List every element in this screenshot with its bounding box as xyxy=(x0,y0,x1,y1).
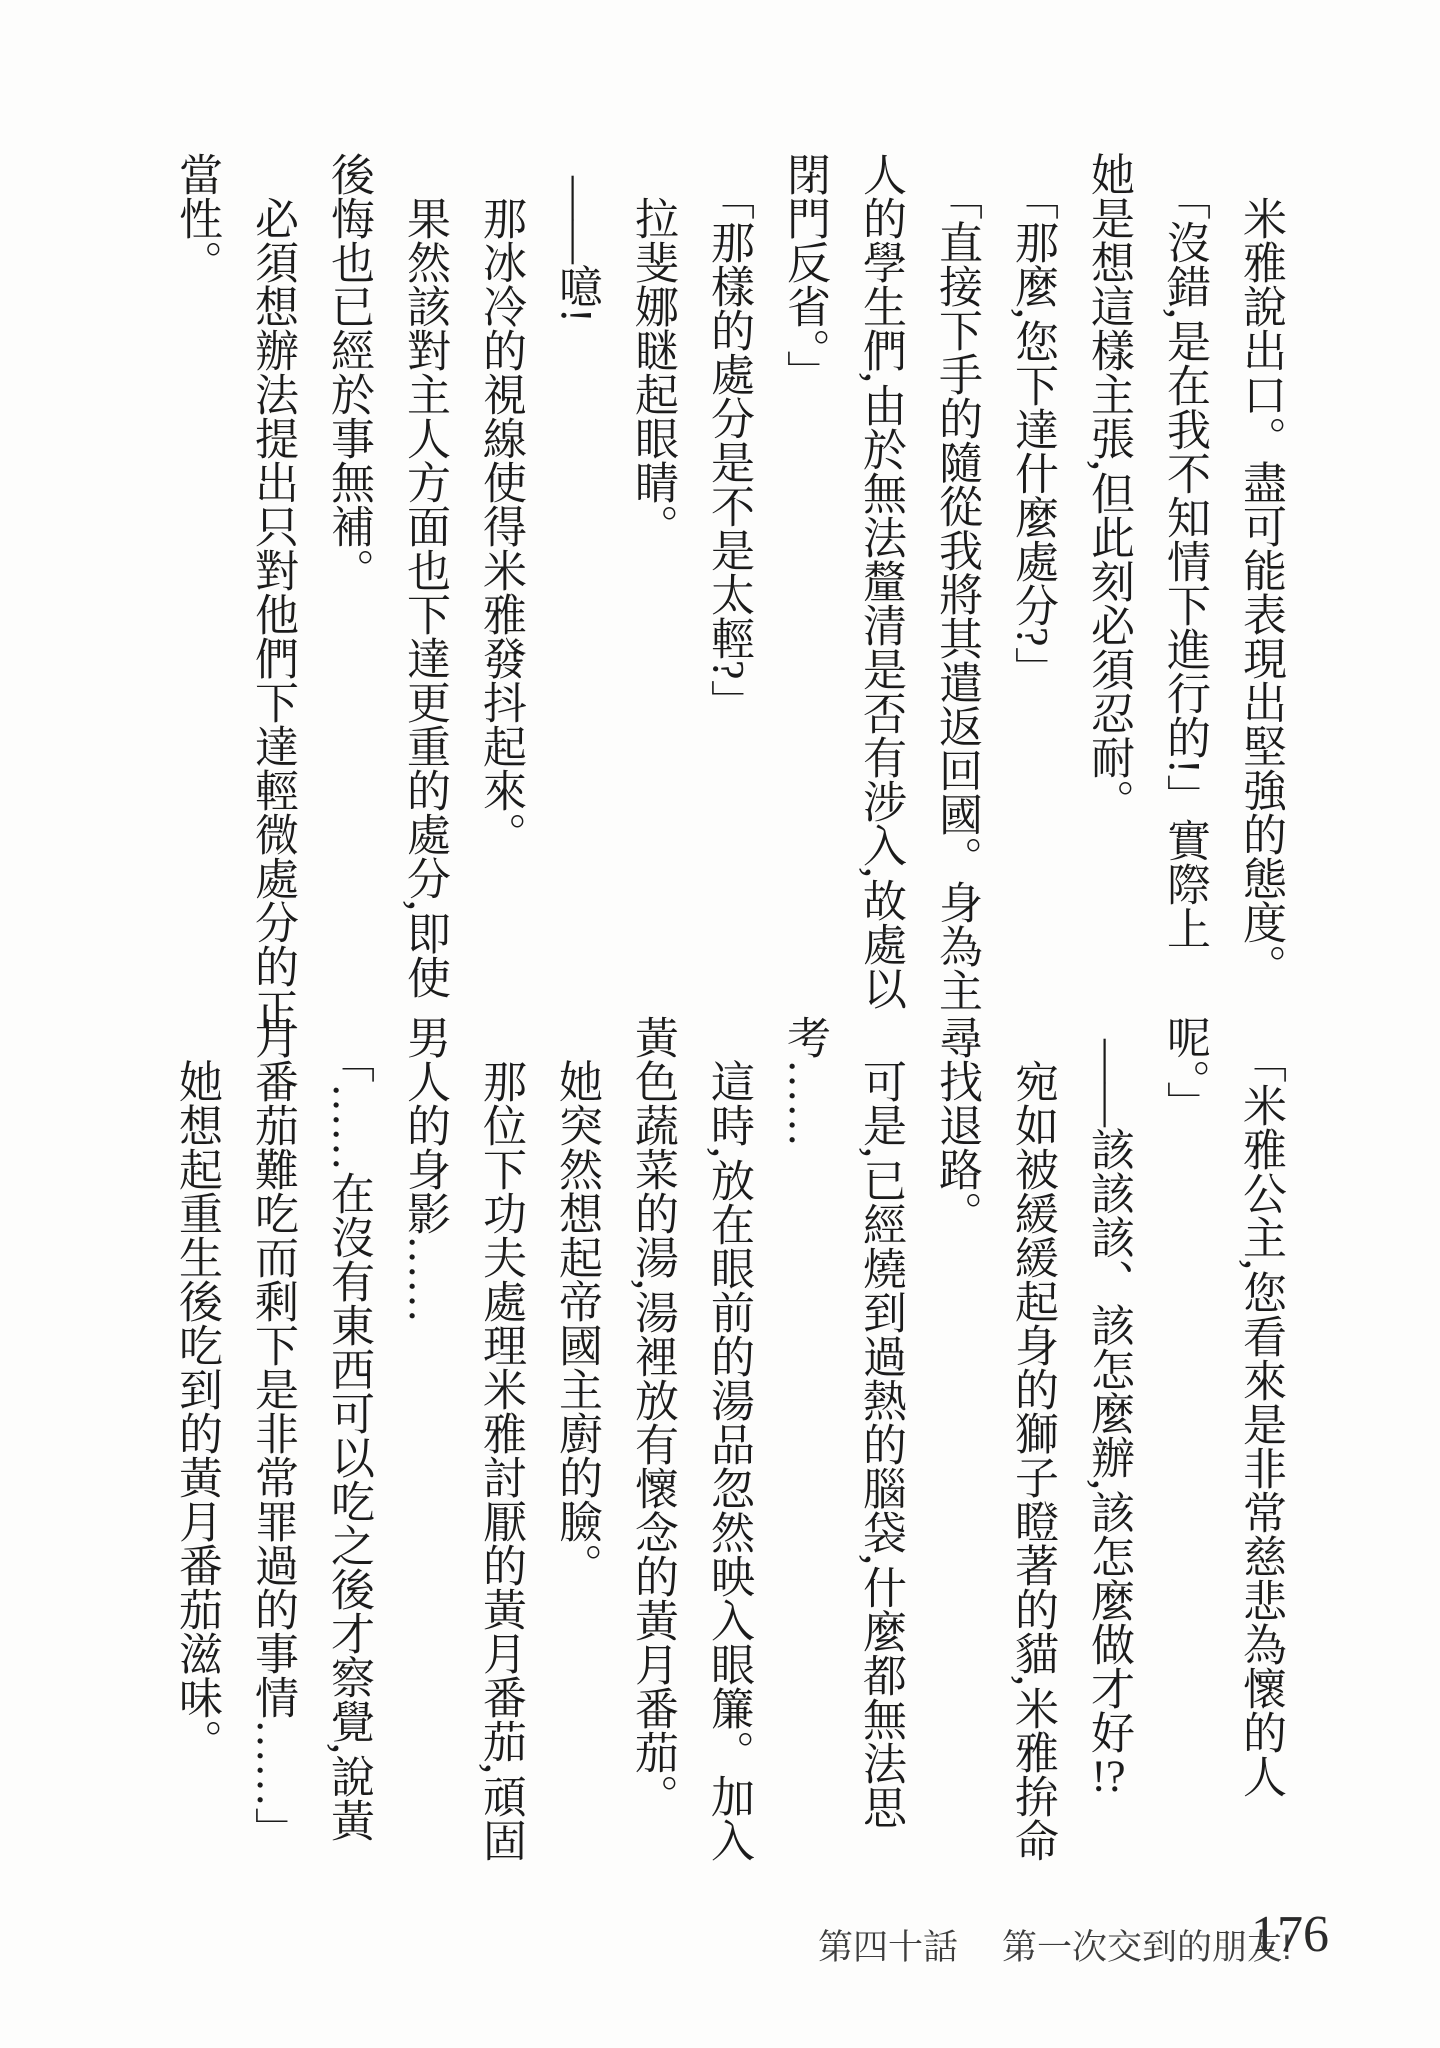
book-page: 米雅說出口。盡可能表現出堅強的態度。「沒錯,是在我不知情下進行的!」實際上她是想… xyxy=(0,0,1440,2048)
text-column: 她想起重生後吃到的黃月番茄滋味。 xyxy=(158,1015,234,1915)
text-column: 米雅說出口。盡可能表現出堅強的態度。 xyxy=(1222,152,1298,1052)
text-column: 尋找退路。 xyxy=(918,1015,994,1915)
text-block-bottom: 「米雅公主,您看來是非常慈悲為懷的人呢。」——該該該、該怎麼辦,該怎麼做才好!?… xyxy=(158,1015,1298,1915)
text-column: 她突然想起帝國主廚的臉。 xyxy=(538,1015,614,1915)
text-column: 她是想這樣主張,但此刻必須忍耐。 xyxy=(1070,152,1146,1052)
text-column: 「直接下手的隨從我將其遣返回國。身為主 xyxy=(918,152,994,1052)
text-column: 宛如被緩緩起身的獅子瞪著的貓,米雅拚命 xyxy=(994,1015,1070,1915)
text-block-top: 米雅說出口。盡可能表現出堅強的態度。「沒錯,是在我不知情下進行的!」實際上她是想… xyxy=(158,152,1298,1052)
text-column: 人的學生們,由於無法釐清是否有涉入,故處以 xyxy=(842,152,918,1052)
text-column: 「那樣的處分是不是太輕?」 xyxy=(690,152,766,1052)
text-column: ——噫! xyxy=(538,152,614,1052)
page-footer: 第四十話 第一次交到的朋友! xyxy=(818,1920,1292,1970)
text-column: 「米雅公主,您看來是非常慈悲為懷的人 xyxy=(1222,1015,1298,1915)
chapter-title: 第一次交到的朋友! xyxy=(1002,1920,1292,1970)
text-column: 這時,放在眼前的湯品忽然映入眼簾。加入 xyxy=(690,1015,766,1915)
text-column: 那冰冷的視線使得米雅發抖起來。 xyxy=(462,152,538,1052)
text-column: 月番茄難吃而剩下是非常罪過的事情……」 xyxy=(234,1015,310,1915)
page-number: 176 xyxy=(1251,1905,1329,1964)
text-column: 當性。 xyxy=(158,152,234,1052)
text-column: 考…… xyxy=(766,1015,842,1915)
text-column: 黃色蔬菜的湯,湯裡放有懷念的黃月番茄。 xyxy=(614,1015,690,1915)
text-column: 拉斐娜瞇起眼睛。 xyxy=(614,152,690,1052)
text-column: 男人的身影…… xyxy=(386,1015,462,1915)
text-column: 「沒錯,是在我不知情下進行的!」實際上 xyxy=(1146,152,1222,1052)
exclamation-question-mark: !? xyxy=(1084,1754,1133,1798)
text-column: 「……在沒有東西可以吃之後才察覺,說黃 xyxy=(310,1015,386,1915)
text-column: 呢。」 xyxy=(1146,1015,1222,1915)
text-column: 果然該對主人方面也下達更重的處分,即使 xyxy=(386,152,462,1052)
text-column: ——該該該、該怎麼辦,該怎麼做才好!? xyxy=(1070,1015,1146,1915)
text-column: 那位下功夫處理米雅討厭的黃月番茄,頑固 xyxy=(462,1015,538,1915)
text-column: 後悔也已經於事無補。 xyxy=(310,152,386,1052)
text-column: 可是,已經燒到過熱的腦袋,什麼都無法思 xyxy=(842,1015,918,1915)
chapter-number: 第四十話 xyxy=(818,1920,958,1970)
text-column: 閉門反省。」 xyxy=(766,152,842,1052)
text-column: 必須想辦法提出只對他們下達輕微處分的正 xyxy=(234,152,310,1052)
text-column: 「那麼,您下達什麼處分?」 xyxy=(994,152,1070,1052)
